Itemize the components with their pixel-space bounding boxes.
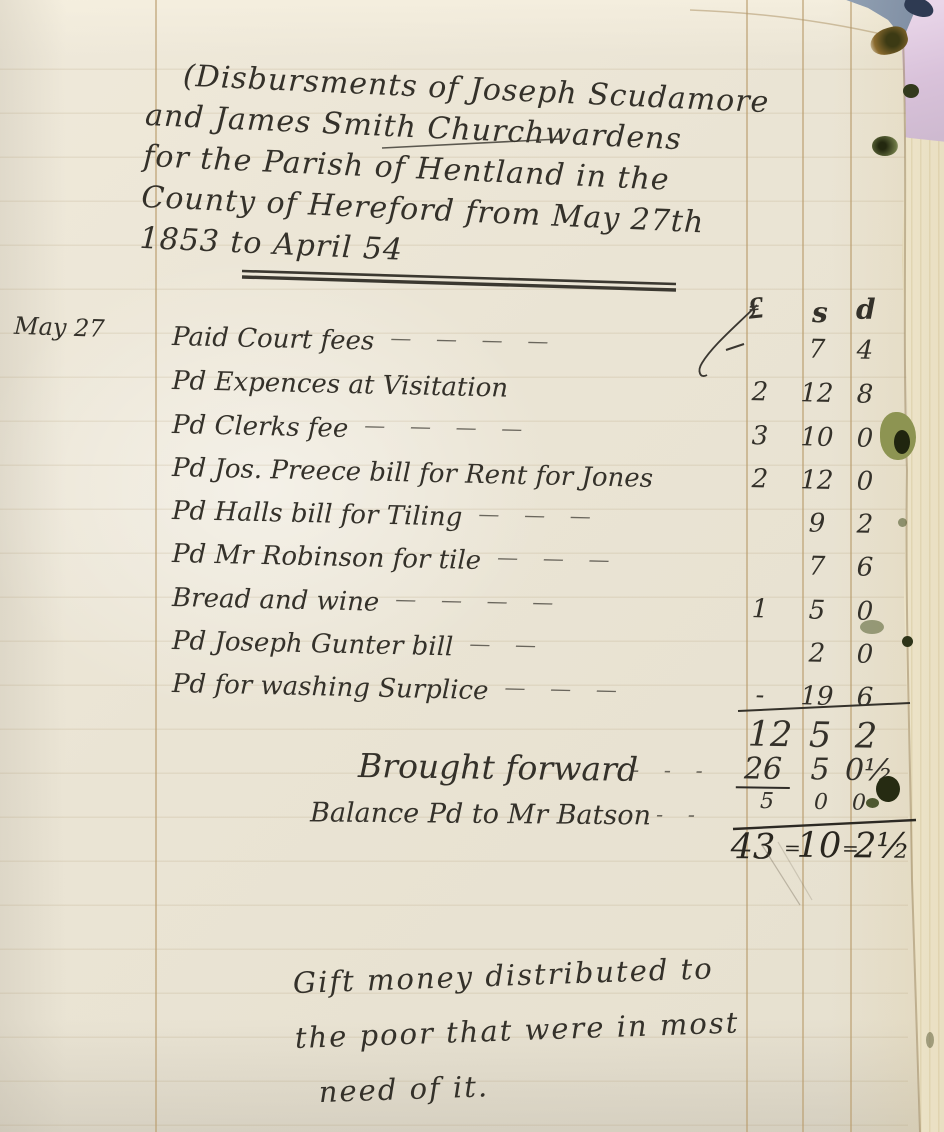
dash-leader bbox=[669, 463, 670, 487]
amount-pounds: - bbox=[732, 680, 789, 711]
amount-pence: 2½ bbox=[854, 826, 904, 866]
amount-pence: 6 bbox=[840, 682, 891, 713]
dash-leader bbox=[524, 373, 525, 397]
currency-header-shillings: s bbox=[812, 296, 828, 329]
amount-shillings: 5 bbox=[800, 752, 840, 788]
amount-pence: 0 bbox=[840, 466, 891, 497]
amount-shillings: 19 bbox=[794, 681, 841, 712]
amount-pounds: 2 bbox=[732, 464, 789, 495]
amount-pounds: 12 bbox=[742, 714, 799, 755]
entry-date: May 27 bbox=[14, 312, 145, 345]
dash-leader: - - - bbox=[632, 758, 712, 783]
ink-blot bbox=[876, 776, 900, 802]
ink-blot bbox=[902, 636, 913, 647]
amount-pounds: 5 bbox=[752, 789, 782, 815]
page-title: (Disbursments of Joseph Scudamore and Ja… bbox=[139, 54, 808, 289]
footnote: Gift money distributed to the poor that … bbox=[292, 939, 797, 1121]
entry-description: Pd Halls bill for Tiling bbox=[172, 496, 463, 533]
ledger-page: (Disbursments of Joseph Scudamore and Ja… bbox=[0, 0, 944, 1132]
brought-forward-label: Brought forward bbox=[358, 746, 638, 789]
amount-pounds: 43 bbox=[724, 827, 782, 868]
entry-description: Bread and wine bbox=[172, 583, 380, 618]
currency-header-pence: d bbox=[856, 293, 876, 326]
amount-shillings: 12 bbox=[794, 465, 841, 496]
amount-shillings: 10 bbox=[796, 826, 842, 866]
entry-description: Pd Joseph Gunter bill bbox=[172, 626, 454, 662]
amount-shillings: 9 bbox=[794, 508, 841, 539]
amount-pence: 2 bbox=[840, 716, 893, 757]
dash-leader: — — — — bbox=[390, 326, 558, 354]
amount-pounds: 1 bbox=[732, 594, 789, 625]
ink-blot bbox=[872, 136, 898, 156]
ledger-photo: (Disbursments of Joseph Scudamore and Ja… bbox=[0, 0, 944, 1132]
amount-shillings: 2 bbox=[794, 638, 841, 669]
amount-pence: 6 bbox=[840, 552, 891, 583]
amount-shillings: 0 bbox=[806, 790, 836, 816]
entry-description: Pd for washing Surplice bbox=[172, 669, 489, 706]
dash-leader: — — — — bbox=[395, 587, 563, 615]
amount-shillings: 5 bbox=[798, 715, 843, 756]
currency-header-pounds: ₤ bbox=[746, 289, 765, 326]
entry-description: Pd Expences at Visitation bbox=[172, 366, 509, 404]
amount-shillings: 5 bbox=[794, 595, 841, 626]
dash-leader: - - bbox=[656, 802, 704, 826]
dash-leader: — — — bbox=[478, 502, 600, 529]
ink-blot bbox=[926, 1032, 934, 1048]
entry-description: Pd Mr Robinson for tile bbox=[172, 539, 482, 576]
amount-pounds: 2 bbox=[732, 377, 789, 408]
amount-pence: 0 bbox=[840, 639, 891, 670]
amount-shillings: 12 bbox=[794, 378, 841, 409]
amount-pence: 4 bbox=[840, 335, 891, 366]
amount-pence: 2 bbox=[840, 509, 891, 540]
ink-blot bbox=[860, 620, 884, 634]
amount-pounds: 3 bbox=[732, 421, 789, 452]
ink-blot bbox=[903, 84, 919, 98]
balance-label: Balance Pd to Mr Batson bbox=[310, 797, 651, 831]
amount-pence: 8 bbox=[840, 379, 891, 410]
dash-leader: — — bbox=[469, 632, 545, 658]
total-row: 43 = 10 = 2½ bbox=[720, 825, 932, 877]
ink-blot bbox=[898, 518, 907, 527]
dash-leader: — — — bbox=[497, 545, 619, 572]
ink-blot bbox=[894, 430, 910, 454]
ink-blot bbox=[866, 798, 879, 808]
amount-pounds: 26 bbox=[736, 751, 791, 789]
amount-shillings: 7 bbox=[794, 551, 841, 582]
amount-shillings: 7 bbox=[794, 334, 841, 365]
dash-leader: — — — — bbox=[364, 413, 532, 441]
entry-description: Pd Clerks fee bbox=[172, 410, 349, 444]
amount-shillings: 10 bbox=[794, 422, 841, 453]
entry-description: Paid Court fees bbox=[172, 322, 375, 357]
dash-leader: — — — bbox=[504, 676, 626, 703]
